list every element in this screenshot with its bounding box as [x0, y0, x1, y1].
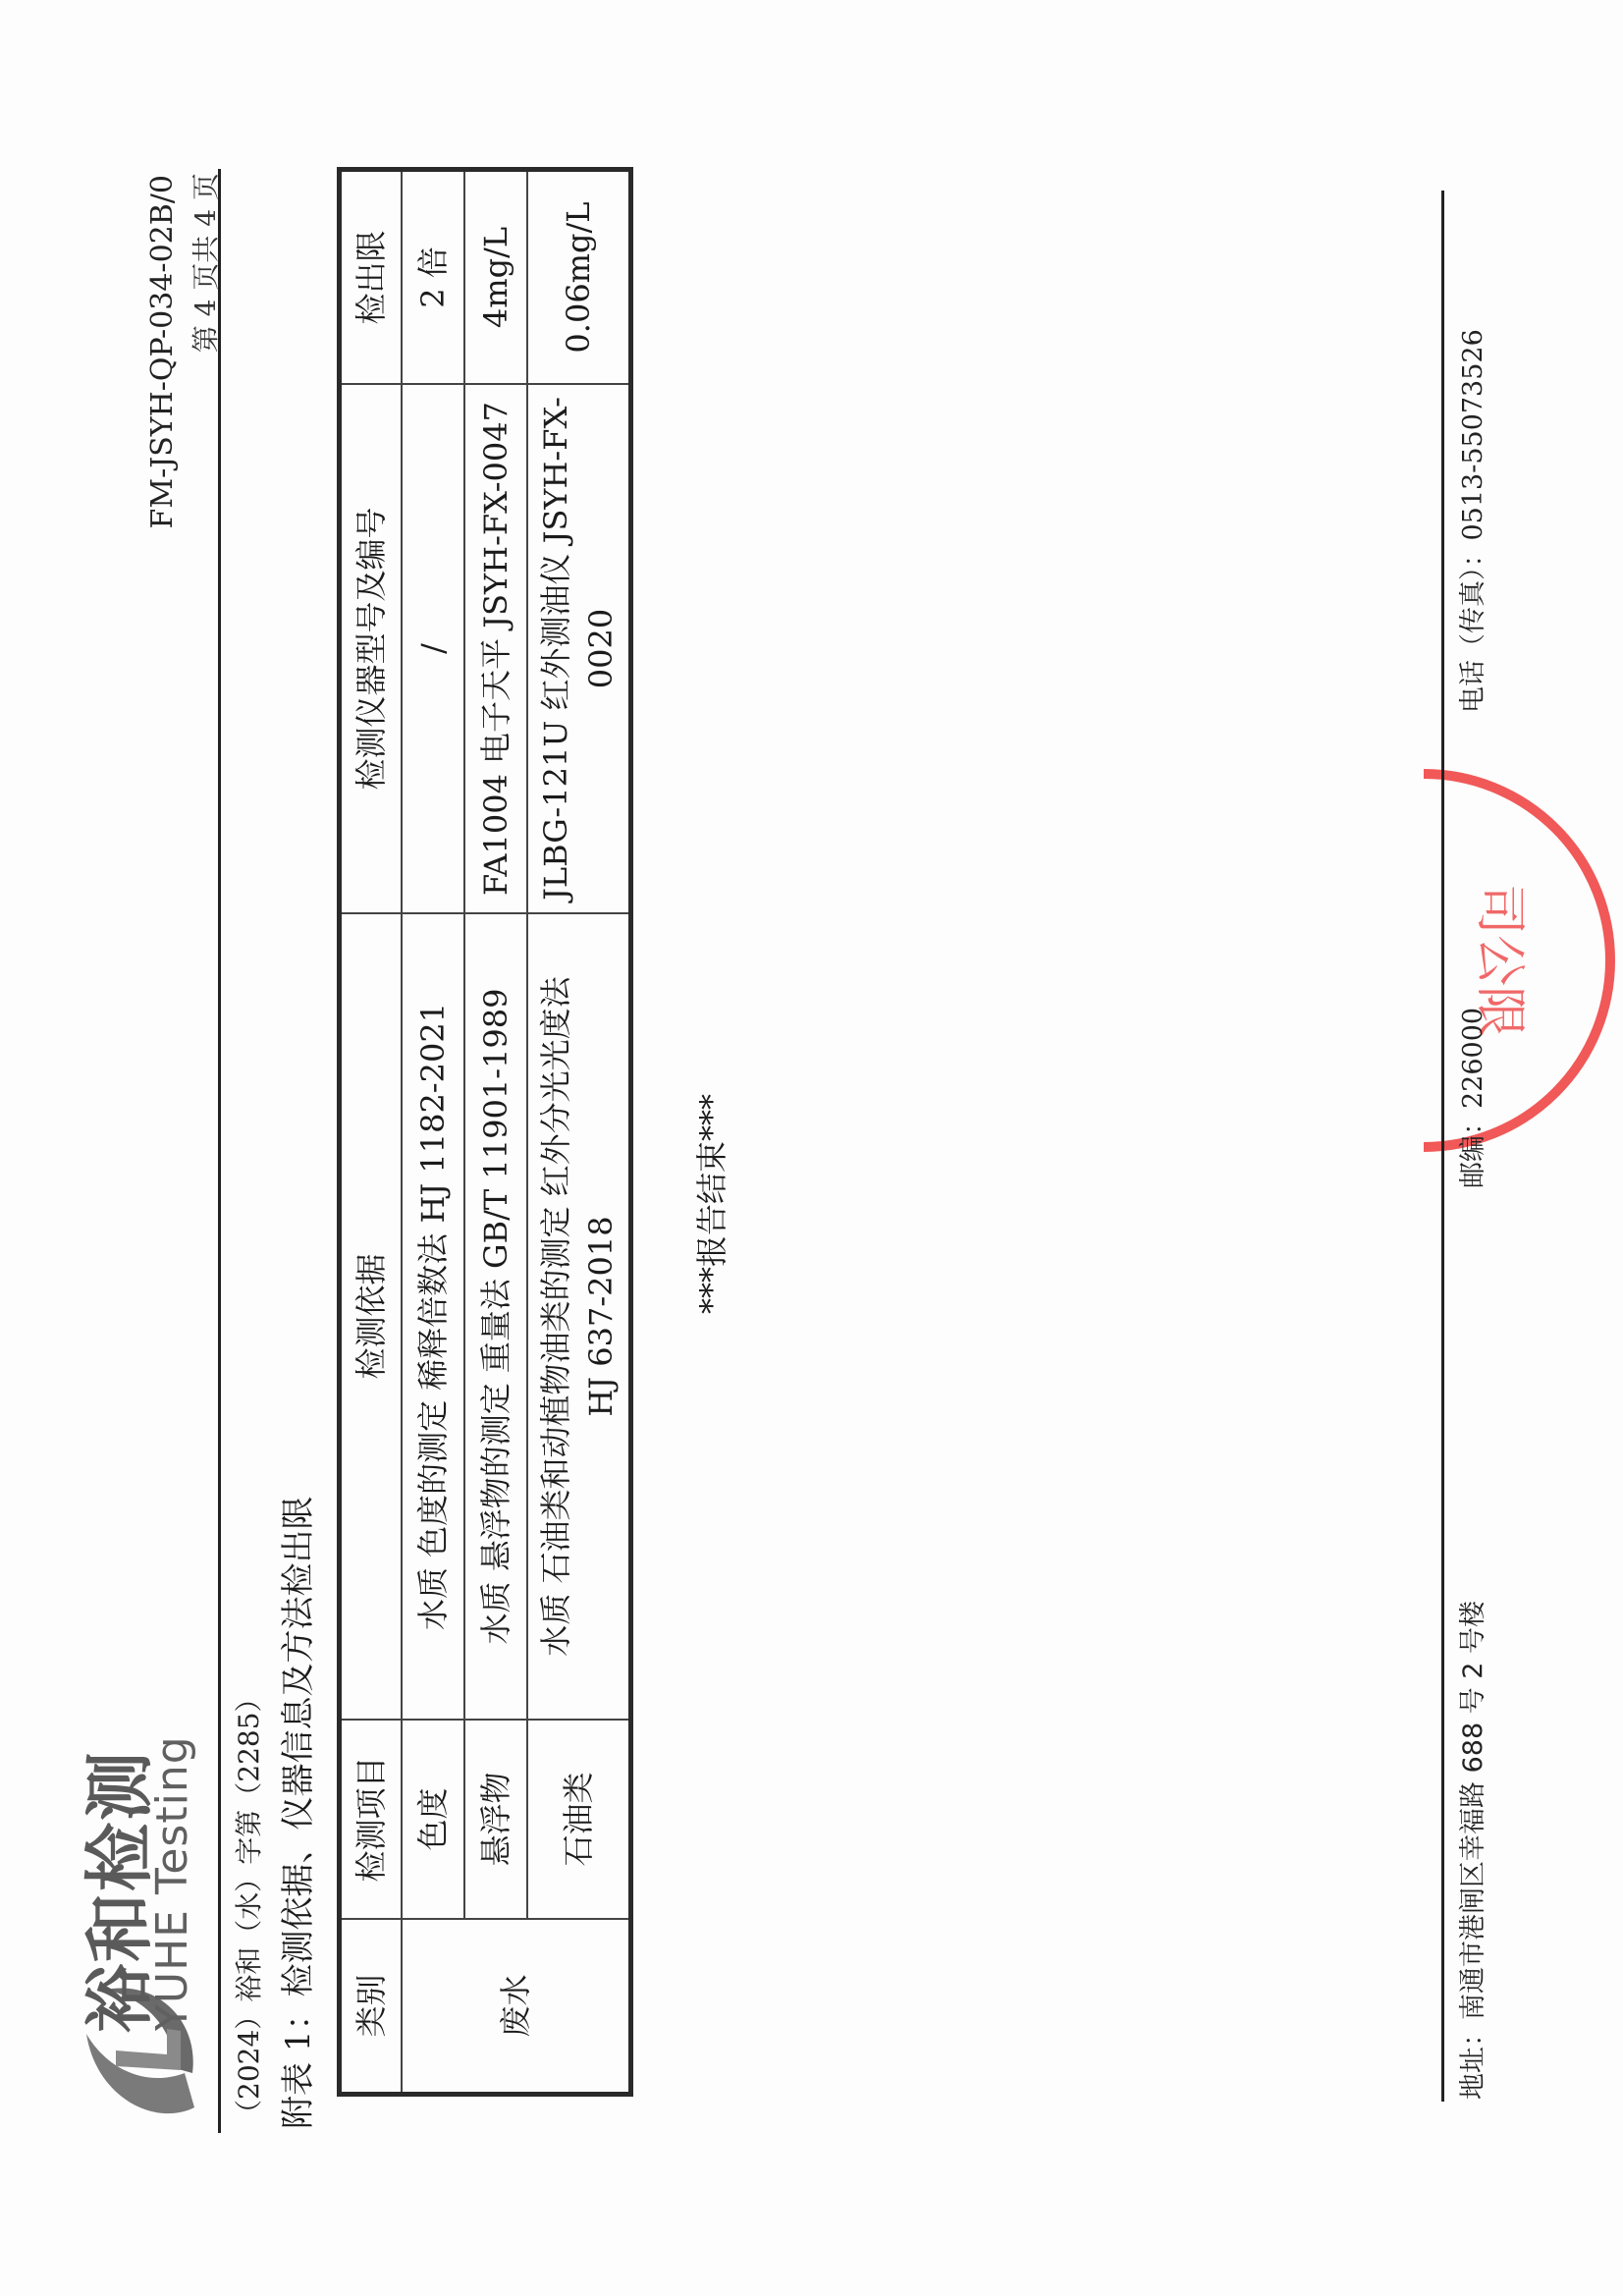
phone-value: 0513-55073526 — [1458, 329, 1488, 540]
report-page: 裕和检测 YUHE Testing FM-JSYH-QP-034-02B/0 第… — [0, 0, 1623, 2296]
row-instrument: JLBG-121U 红外测油仪 JSYH-FX-0020 — [528, 385, 628, 912]
row-basis: 水质 石油类和动植物油类的测定 红外分光光度法 HJ 637-2018 — [528, 914, 628, 1719]
header-limit: 检出限 — [342, 172, 401, 383]
zip-label: 邮编： — [1458, 1109, 1488, 1188]
footer-address: 地址：南通市港闸区幸福路 688 号 2 号楼 — [1451, 1601, 1489, 2100]
header-item: 检测项目 — [342, 1721, 401, 1918]
footer-phone: 电话（传真）：0513-55073526 — [1451, 329, 1489, 713]
phone-label: 电话（传真）： — [1458, 541, 1488, 714]
row-basis: 水质 悬浮物的测定 重量法 GB/T 11901-1989 — [465, 914, 526, 1719]
detection-methods-table: 类别 检测项目 检测依据 检测仪器型号及编号 检出限 废水 色度 水质 色度的测… — [337, 167, 633, 2097]
footer-zip: 邮编：226000 — [1451, 1008, 1489, 1188]
footer-divider — [1441, 191, 1444, 2102]
row-item: 石油类 — [528, 1721, 628, 1918]
row-limit: 4mg/L — [465, 172, 526, 383]
row-basis-line: HJ 637-2018 — [578, 1216, 623, 1416]
row-instrument: FA1004 电子天平 JSYH-FX-0047 — [465, 385, 526, 912]
header-divider — [218, 169, 221, 2133]
row-item: 悬浮物 — [465, 1721, 526, 1918]
category-cell: 废水 — [403, 1920, 628, 2092]
header-category: 类别 — [342, 1920, 401, 2092]
row-basis-line: 水质 石油类和动植物油类的测定 红外分光光度法 — [533, 976, 578, 1656]
company-seal-icon: 司公限 — [1404, 754, 1620, 1167]
header-instrument: 检测仪器型号及编号 — [342, 385, 401, 912]
row-instrument: / — [403, 385, 463, 912]
report-number: （2024）裕和（水）字第（2285） — [228, 1684, 267, 2127]
row-item: 色度 — [403, 1721, 463, 1918]
header-basis: 检测依据 — [342, 914, 401, 1719]
row-limit: 2 倍 — [403, 172, 463, 383]
row-basis: 水质 色度的测定 稀释倍数法 HJ 1182-2021 — [403, 914, 463, 1719]
report-end-mark: ***报告结束*** — [687, 1094, 732, 1314]
zip-value: 226000 — [1458, 1008, 1488, 1109]
appendix-title: 附表 1：检测依据、仪器信息及方法检出限 — [271, 1497, 319, 2129]
row-limit: 0.06mg/L — [528, 172, 628, 383]
form-code: FM-JSYH-QP-034-02B/0 — [145, 175, 180, 528]
logo-english-name: YUHE Testing — [147, 1735, 197, 2031]
